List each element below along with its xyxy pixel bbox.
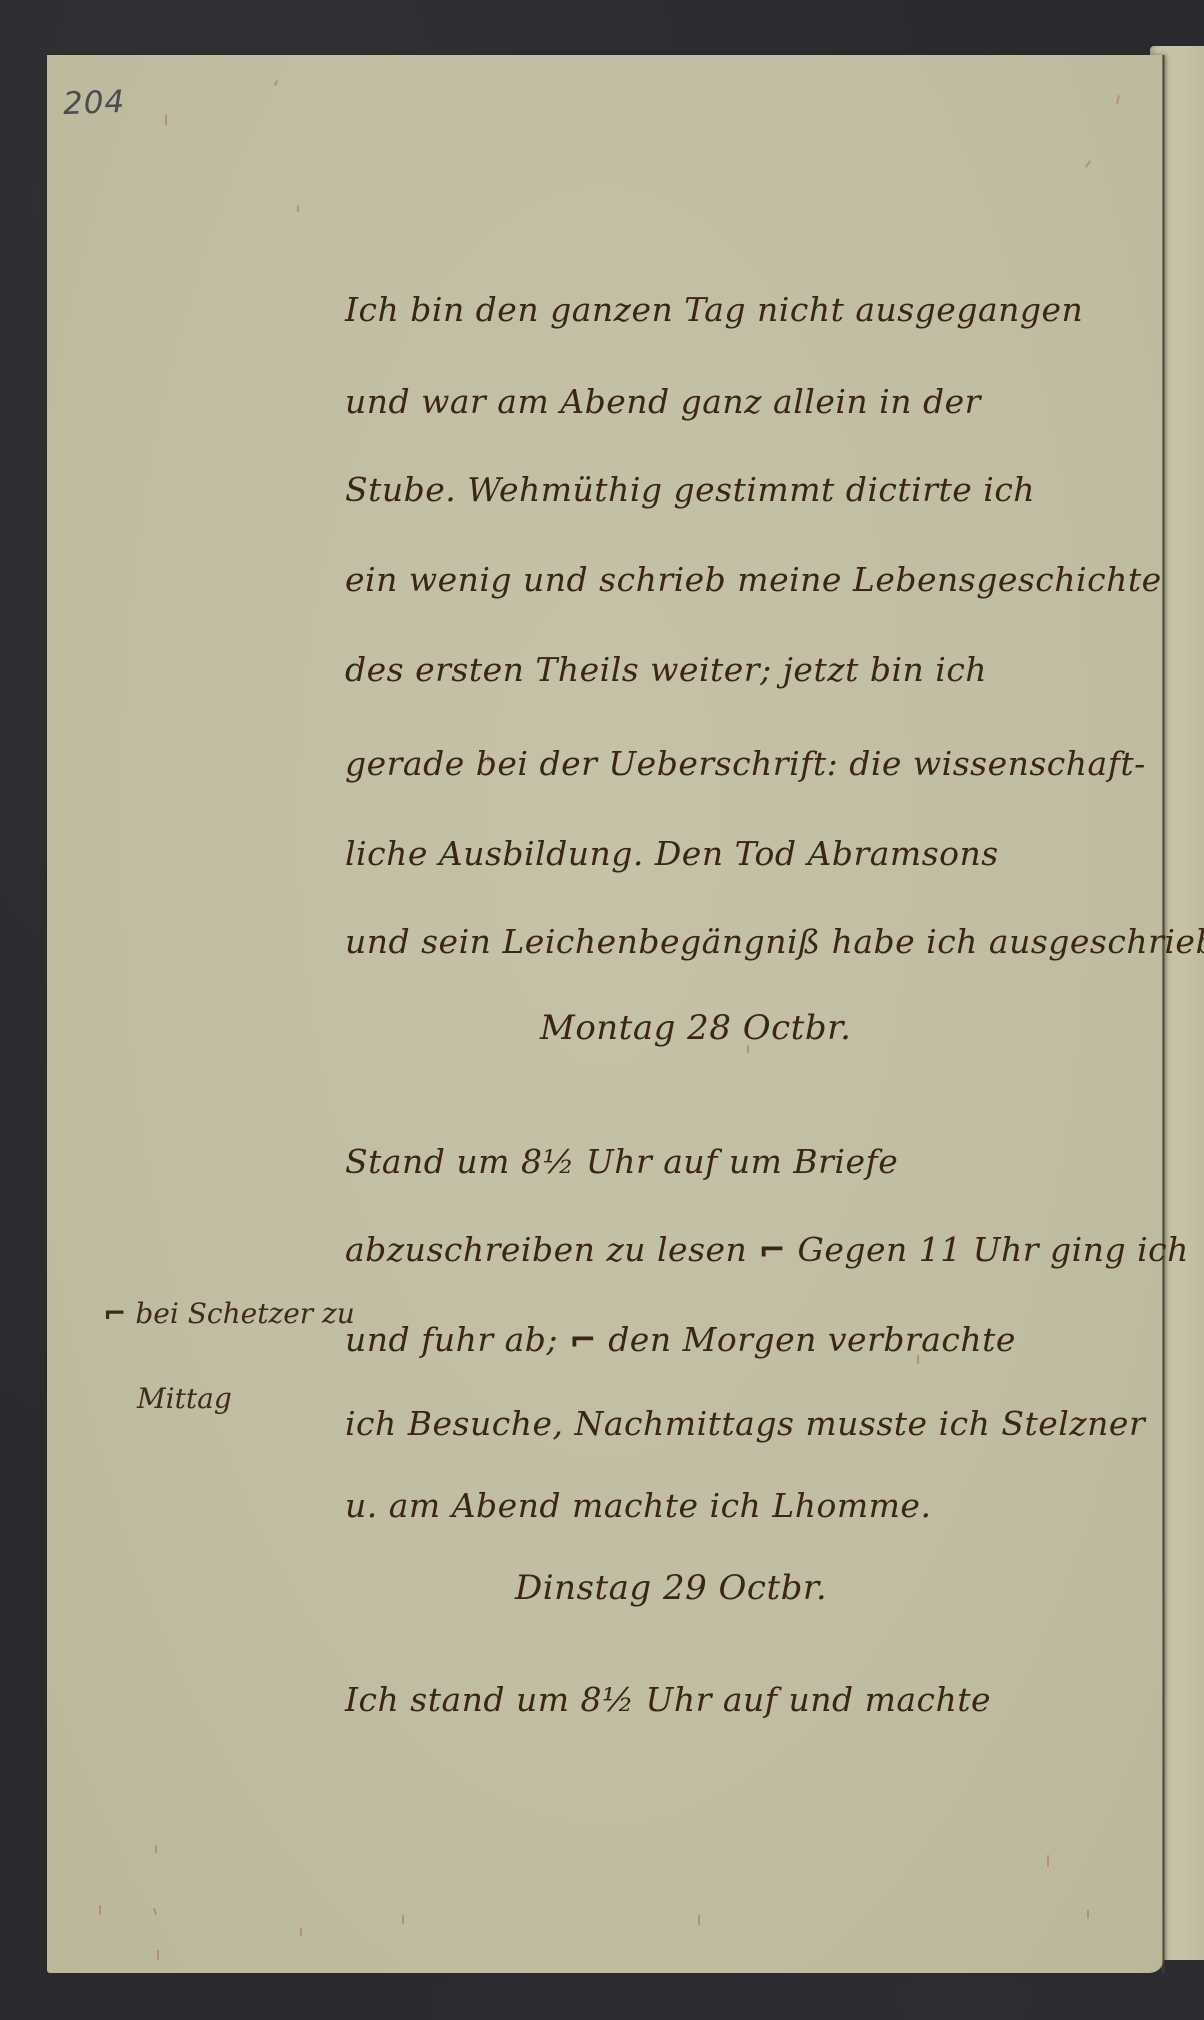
- text-line: ein wenig und schrieb meine Lebensgeschi…: [345, 563, 1162, 596]
- paper-fiber: [153, 1908, 157, 1915]
- text-line: abzuschreiben zu lesen ⌐ Gegen 11 Uhr gi…: [345, 1233, 1189, 1266]
- paper-fiber: [300, 1928, 302, 1936]
- text-line: und sein Leichenbegängniß habe ich ausge…: [345, 925, 1204, 958]
- paper-fiber: [165, 115, 167, 125]
- paper-fiber: [1087, 1910, 1089, 1919]
- text-fragment: den Morgen verbrachte: [608, 1320, 1016, 1359]
- text-line: Stand um 8½ Uhr auf um Briefe: [345, 1145, 898, 1178]
- paper-fiber: [1047, 1855, 1049, 1867]
- text-line: und war am Abend ganz allein in der: [345, 385, 981, 418]
- text-line: gerade bei der Ueberschrift: die wissens…: [345, 747, 1146, 780]
- text-fragment: und fuhr ab;: [345, 1320, 558, 1359]
- margin-note-line: bei Schetzer zu: [135, 1297, 354, 1330]
- paper-fiber: [698, 1915, 700, 1925]
- text-line: liche Ausbildung. Den Tod Abramsons: [345, 837, 999, 870]
- manuscript-page: 204 Ich bin den ganzen Tag nicht ausgega…: [47, 55, 1163, 1973]
- insertion-mark: ⌐: [569, 1320, 597, 1359]
- entry-date-heading: Montag 28 Octbr.: [540, 1011, 851, 1045]
- paper-fiber: [1085, 160, 1091, 168]
- text-line: und fuhr ab; ⌐ den Morgen verbrachte: [345, 1323, 1016, 1356]
- folio-number: 204: [62, 84, 125, 122]
- insertion-mark: ⌐: [103, 1297, 126, 1330]
- paper-fiber: [297, 205, 299, 212]
- paper-fiber: [155, 1845, 157, 1853]
- entry-date-heading: Dinstag 29 Octbr.: [515, 1571, 827, 1605]
- text-fragment: abzuschreiben zu lesen: [345, 1230, 747, 1269]
- text-line: des ersten Theils weiter; jetzt bin ich: [345, 653, 987, 686]
- margin-note-line: Mittag: [137, 1382, 232, 1415]
- paper-fiber: [274, 80, 279, 86]
- text-line: Stube. Wehmüthig gestimmt dictirte ich: [345, 473, 1035, 506]
- paper-fiber: [1116, 95, 1120, 104]
- insertion-mark: ⌐: [758, 1230, 786, 1269]
- text-fragment: Gegen 11 Uhr ging ich: [797, 1230, 1188, 1269]
- paper-fiber: [402, 1915, 404, 1924]
- page-fold: [1162, 55, 1165, 1973]
- text-line: u. am Abend machte ich Lhomme.: [345, 1489, 931, 1522]
- paper-fiber: [157, 1950, 159, 1960]
- text-line: ich Besuche, Nachmittags musste ich Stel…: [345, 1407, 1145, 1440]
- text-line: Ich bin den ganzen Tag nicht ausgegangen: [345, 293, 1083, 326]
- margin-note: Mittag: [137, 1385, 232, 1413]
- margin-note: ⌐ bei Schetzer zu: [103, 1300, 355, 1328]
- paper-fiber: [99, 1905, 101, 1915]
- text-line: Ich stand um 8½ Uhr auf und machte: [345, 1683, 991, 1716]
